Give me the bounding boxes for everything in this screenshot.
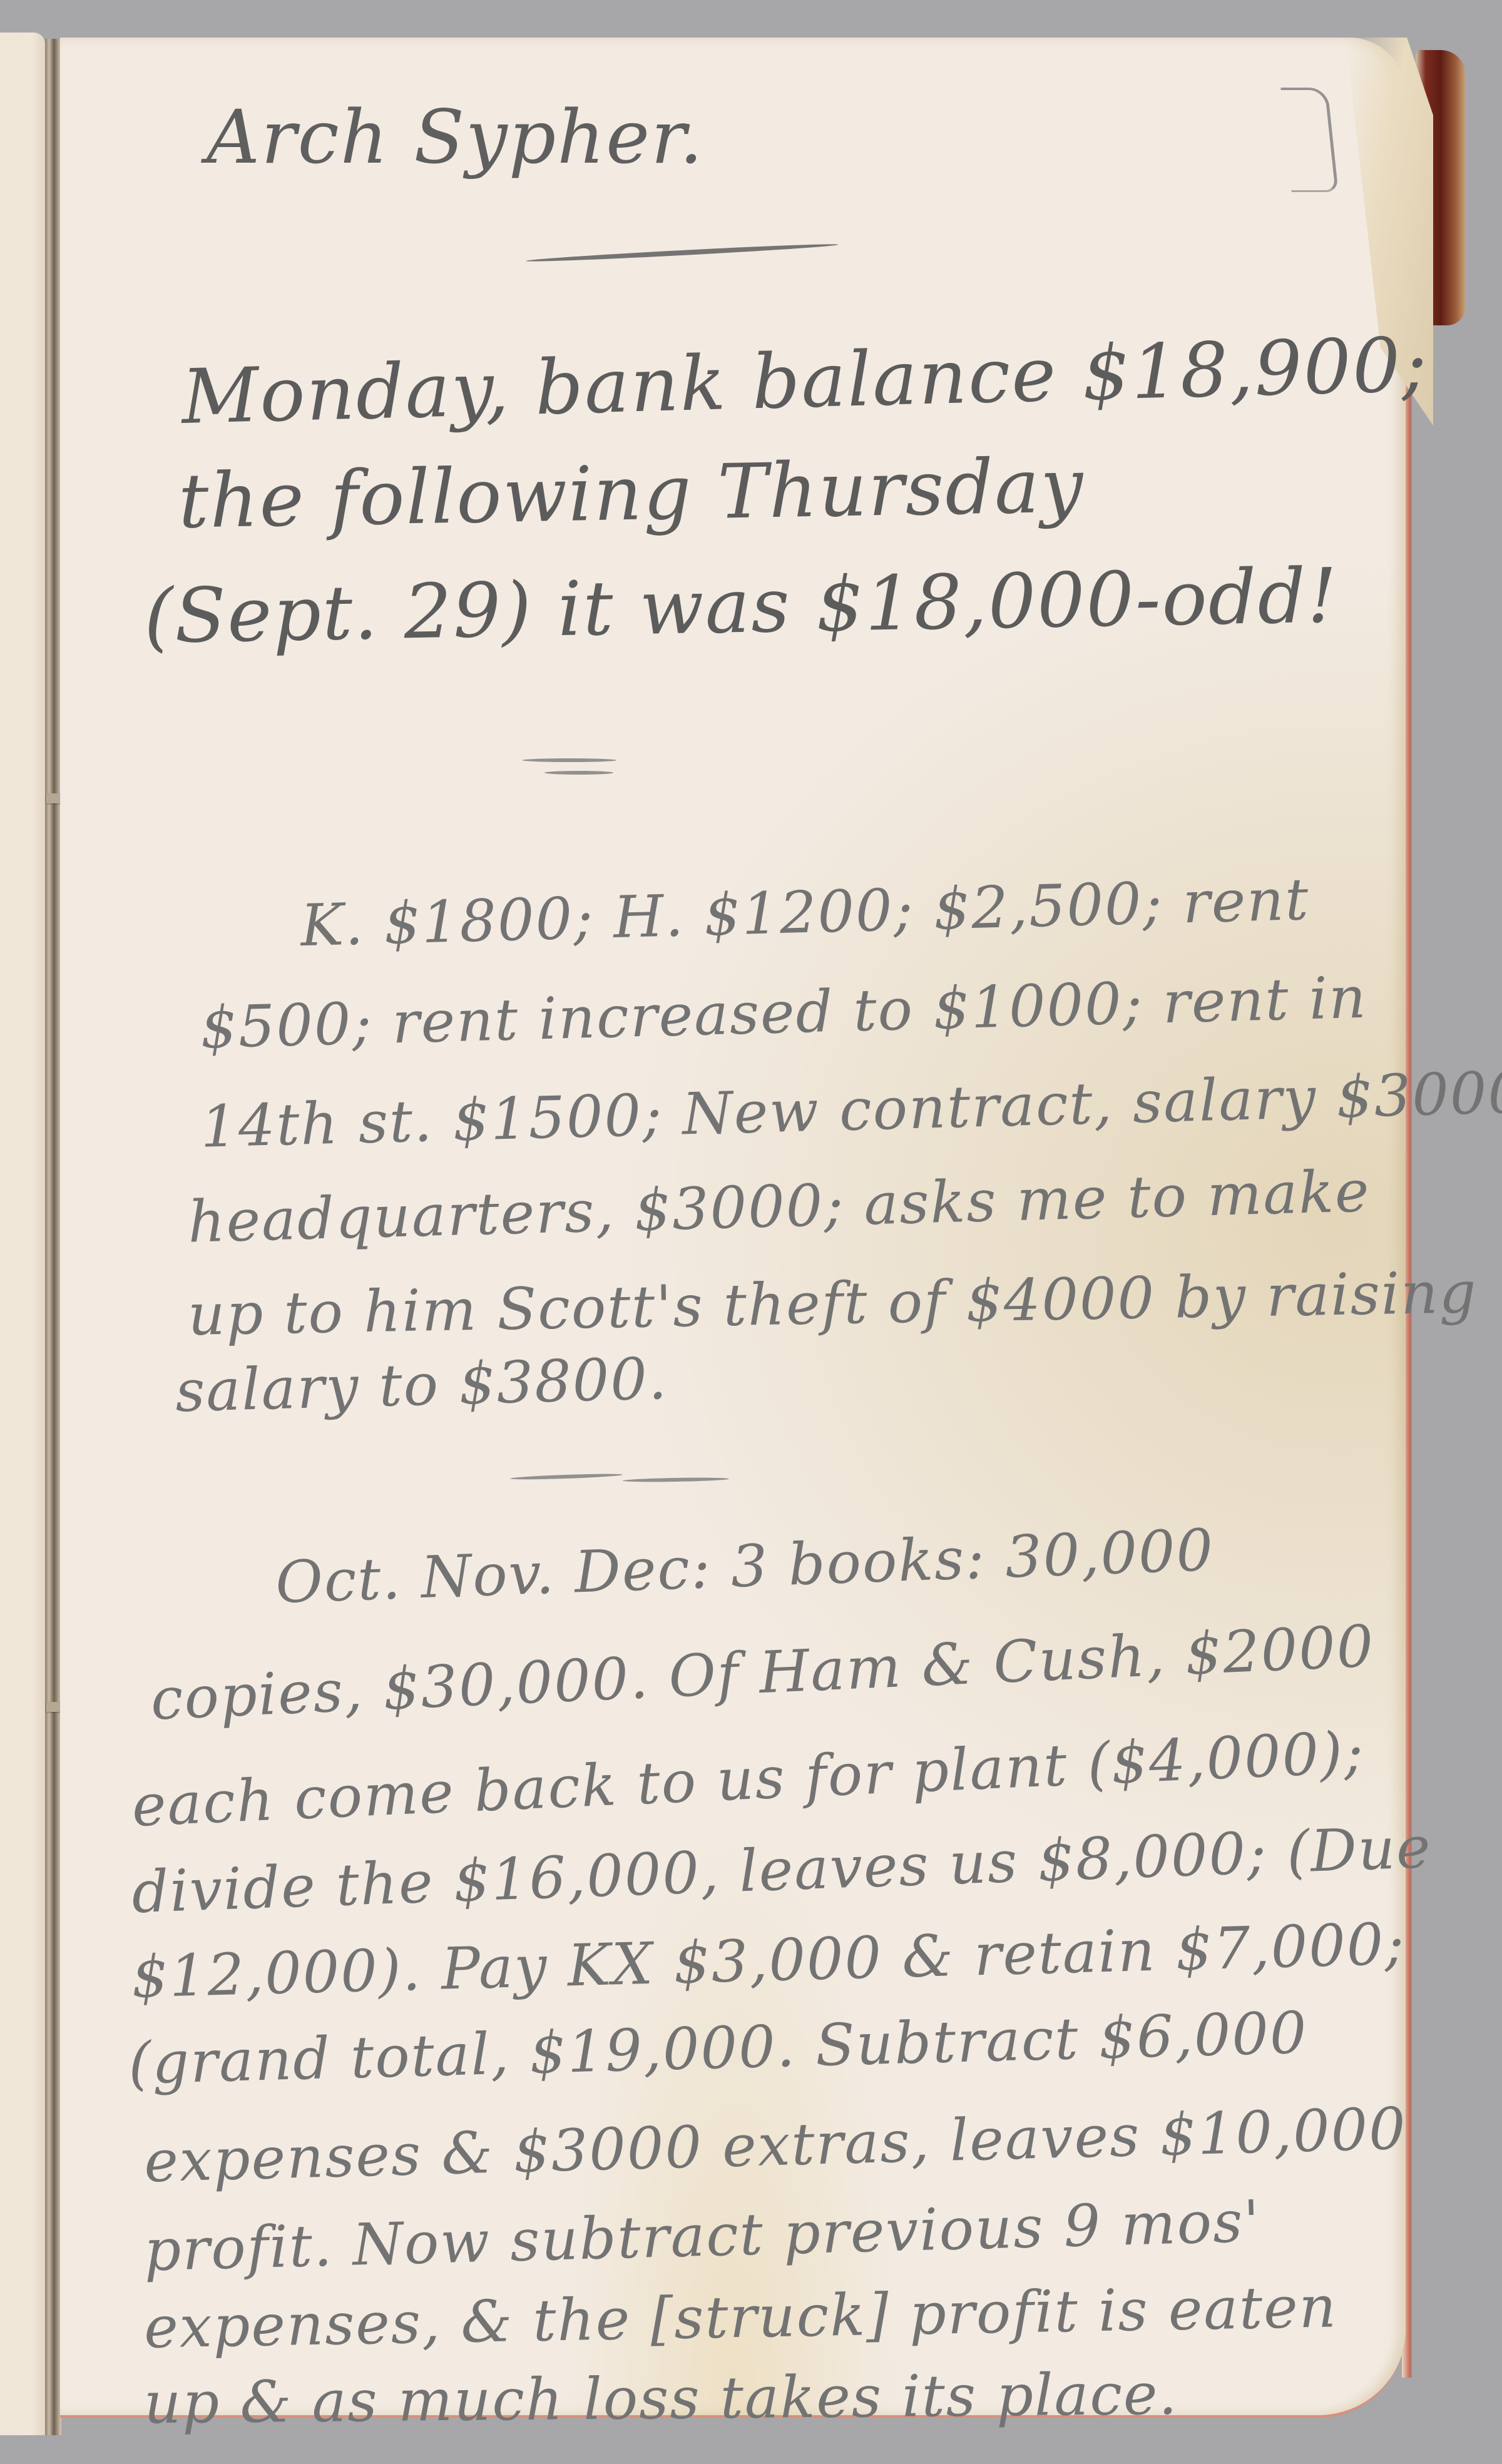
bank-balance-line-2: the following Thursday <box>178 442 1085 545</box>
rent-salary-line-6: salary to $3800. <box>175 1345 669 1425</box>
section-divider-1 <box>523 758 616 762</box>
section-divider-1b <box>544 771 613 775</box>
facing-page-left <box>0 33 45 2435</box>
books-profit-line-10: up & as much loss takes its place. <box>144 2361 1178 2436</box>
book-gutter <box>45 39 61 2435</box>
page-title: Arch Sypher. <box>207 94 704 180</box>
